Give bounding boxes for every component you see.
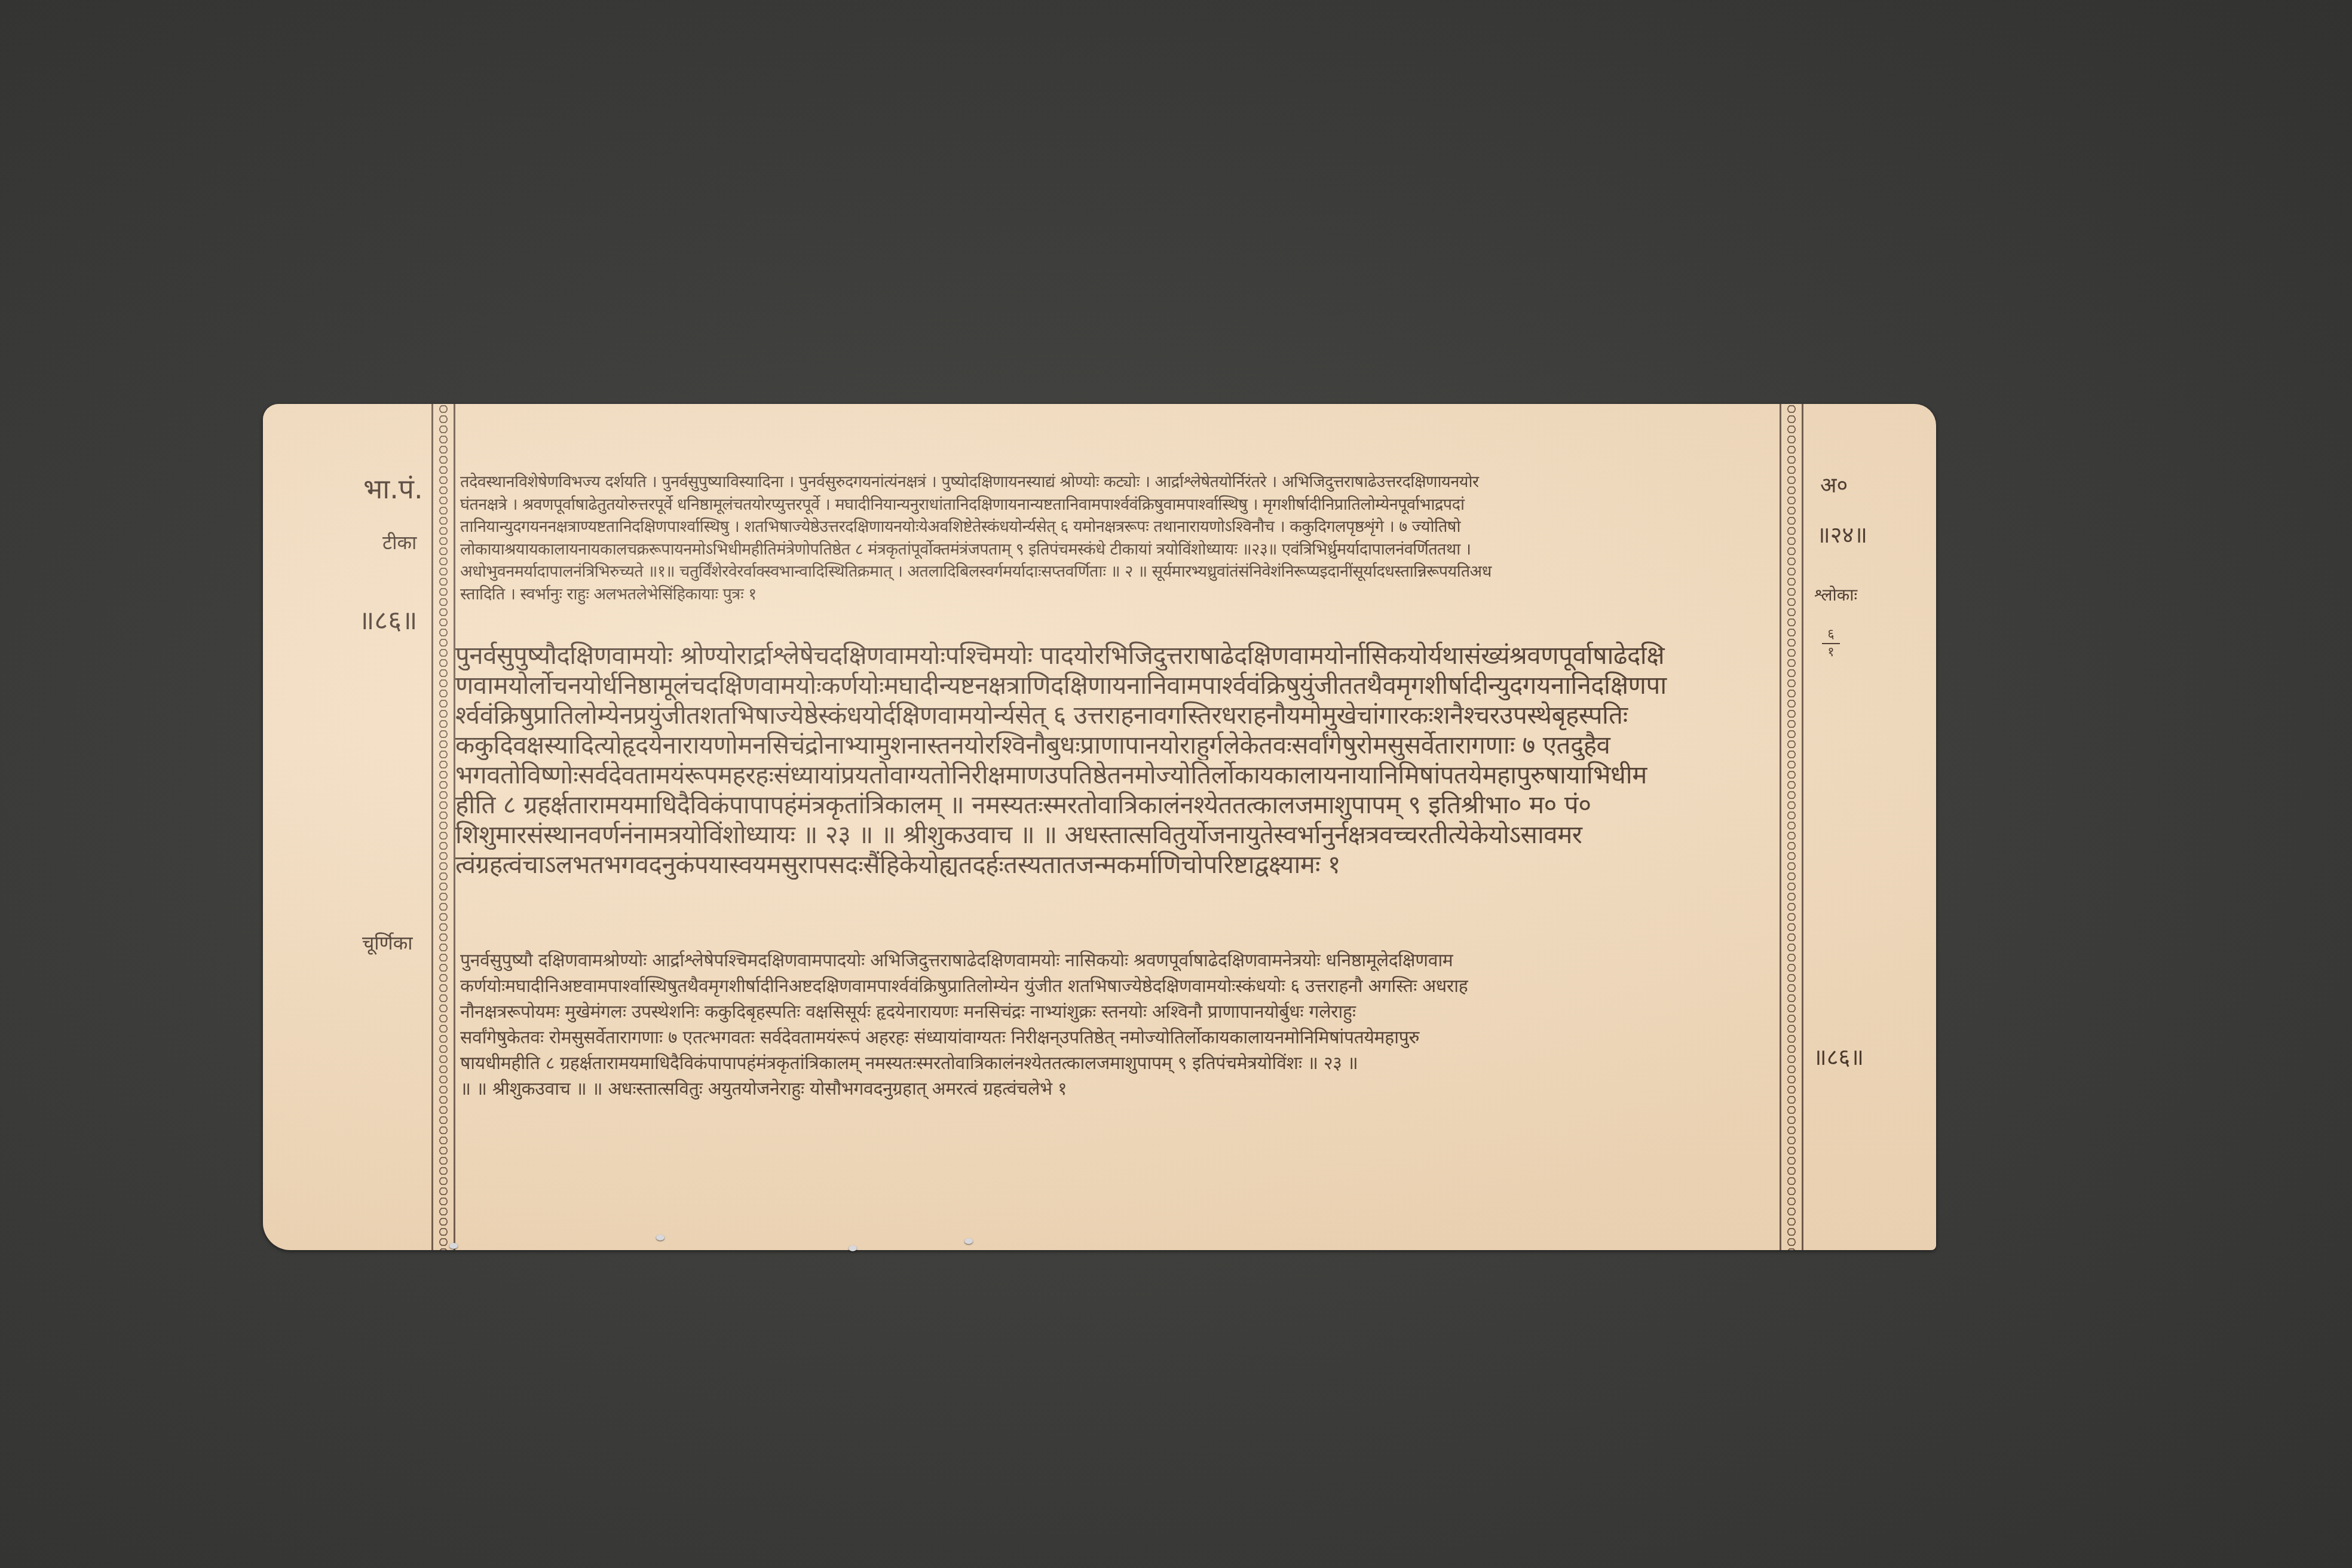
right-ornamental-border: [1780, 404, 1803, 1250]
commentary-line: घंतनक्षत्रे । श्रवणपूर्वाषाढेतुतयोरुत्तर…: [460, 494, 1775, 516]
manuscript-page: भा.पं. टीका ॥८६॥ चूर्णिका तदेवस्थानविशेष…: [263, 404, 1936, 1250]
fraction-bar: [1822, 643, 1840, 644]
commentary-line: सर्वांगेषुकेतवः रोमसुसर्वेतारागणाः ७ एतत…: [460, 1025, 1775, 1051]
commentary-line: पुनर्वसुपुष्यौ दक्षिणवामश्रोण्योः आर्द्र…: [460, 948, 1775, 973]
verse-line: णवामयोर्लोचनयोर्धनिष्ठामूलंचदक्षिणवामयोः…: [455, 670, 1770, 700]
verse-line: ककुदिवक्षस्यादित्योहृदयेनारायणोमनसिचंद्र…: [455, 730, 1770, 760]
verse-line: शिशुमारसंस्थानवर्णनंनामत्रयोविंशोध्यायः …: [455, 820, 1770, 850]
shloka-count-fraction: ६ १: [1819, 627, 1843, 660]
commentary-line: तदेवस्थानविशेषेणविभज्य दर्शयति । पुनर्वस…: [460, 471, 1775, 494]
commentary-line: कर्णयोःमघादीनिअष्टवामपार्श्वास्थिषुतथैवम…: [460, 973, 1775, 999]
commentary-line: षायधीमहीति ८ ग्रहर्क्षतारामयमाधिदैविकंपा…: [460, 1051, 1775, 1076]
bottom-commentary: पुनर्वसुपुष्यौ दक्षिणवामश्रोण्योः आर्द्र…: [460, 948, 1775, 1102]
verse-line: त्वंग्रहत्वंचाऽलभतभगवदनुकंपयास्वयमसुरापस…: [455, 850, 1770, 880]
verse-line: भगवतोविष्णोःसर्वदेवतामयंरूपमहरहःसंध्याया…: [455, 760, 1770, 790]
commentary-line: अधोभुवनमर्यादापालनंत्रिभिरुच्यते ॥१॥ चतु…: [460, 561, 1775, 583]
mounting-pin: [449, 1243, 458, 1249]
mounting-pin: [849, 1245, 857, 1251]
main-verse-text: पुनर्वसुपुष्यौदक्षिणवामयोः श्रोण्योरार्द…: [455, 641, 1770, 880]
verse-line: र्श्ववंक्रिषुप्रातिलोम्येनप्रयुंजीतशतभिष…: [455, 700, 1770, 730]
commentary-line: स्तादिति । स्वर्भानुः राहुः अलभतलेभेसिंह…: [460, 583, 1775, 606]
fraction-denominator: १: [1819, 645, 1843, 660]
left-page-number: ॥८६॥: [359, 601, 417, 637]
commentary-line: ॥ ॥ श्रीशुकउवाच ॥ ॥ अधःस्तात्सवितुः अयुत…: [460, 1076, 1775, 1102]
verse-line: पुनर्वसुपुष्यौदक्षिणवामयोः श्रोण्योरार्द…: [455, 641, 1770, 670]
commentary-line: नौनक्षत्ररूपोयमः मुखेमंगलः उपस्थेशनिः कक…: [460, 999, 1775, 1025]
fraction-numerator: ६: [1819, 627, 1843, 642]
top-commentary: तदेवस्थानविशेषेणविभज्य दर्शयति । पुनर्वस…: [460, 471, 1775, 605]
mounting-pin: [964, 1238, 973, 1244]
right-chapter-label: अ०: [1820, 470, 1848, 499]
commentary-line: तानियान्युदगयननक्षत्राण्यष्टतानिदक्षिणपा…: [460, 516, 1775, 538]
right-page-number: ॥८६॥: [1813, 1041, 1864, 1072]
left-header-label: भा.पं.: [363, 470, 423, 507]
left-ornamental-border: [431, 404, 455, 1250]
left-lower-label: चूर्णिका: [362, 930, 413, 955]
verse-line: हीति ८ ग्रहर्क्षतारामयमाधिदैविकंपापापहंम…: [455, 790, 1770, 820]
commentary-line: लोकायाश्रयायकालायनायकालचक्ररूपायनमोऽभिधी…: [460, 538, 1775, 561]
right-shloka-label: श्लोकाः: [1814, 583, 1857, 606]
mounting-pin: [656, 1235, 664, 1241]
left-commentary-label: टीका: [382, 529, 416, 555]
right-chapter-number: ॥२४॥: [1817, 519, 1867, 550]
